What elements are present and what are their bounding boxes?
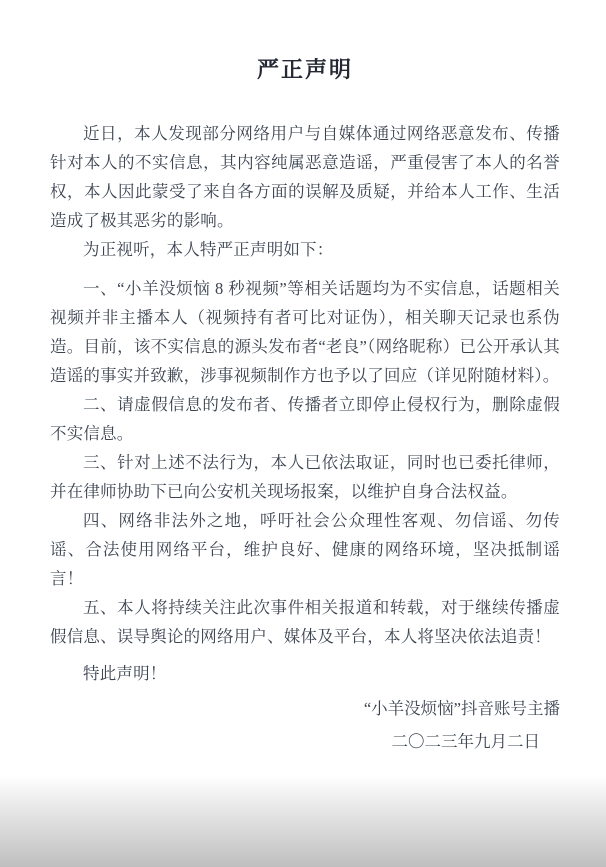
signature-block: “小羊没烦恼”抖音账号主播 二〇二三年九月二日 [50, 694, 560, 756]
statement-paragraph-item-5: 五、本人将持续关注此次事件相关报道和转载，对于继续传播虚假信息、误导舆论的网络用… [50, 593, 560, 651]
page-title: 严正声明 [50, 58, 560, 84]
signature-line: “小羊没烦恼”抖音账号主播 [50, 694, 560, 723]
statement-paragraph-item-3: 三、针对上述不法行为，本人已依法取证，同时也已委托律师，并在律师协助下已向公安机… [50, 448, 560, 506]
bottom-fade-gradient [0, 775, 606, 867]
statement-paragraph-item-4: 四、网络非法外之地，呼吁社会公众理性客观、勿信谣、勿传谣、合法使用网络平台，维护… [50, 506, 560, 593]
statement-paragraph-intro: 近日，本人发现部分网络用户与自媒体通过网络恶意发布、传播针对本人的不实信息，其内… [50, 119, 560, 235]
statement-paragraph-item-1: 一、“小羊没烦恼 8 秒视频”等相关话题均为不实信息，话题相关视频并非主播本人（… [50, 274, 560, 390]
document-page: 严正声明 近日，本人发现部分网络用户与自媒体通过网络恶意发布、传播针对本人的不实… [0, 0, 606, 756]
statement-paragraph-lead-in: 为正视听，本人特严正声明如下： [50, 235, 560, 264]
statement-closing-line: 特此声明！ [50, 659, 560, 688]
statement-paragraph-item-2: 二、请虚假信息的发布者、传播者立即停止侵权行为，删除虚假不实信息。 [50, 390, 560, 448]
document-screenshot: { "page": { "title": "严正声明", "paragraphs… [0, 0, 606, 867]
statement-body: 近日，本人发现部分网络用户与自媒体通过网络恶意发布、传播针对本人的不实信息，其内… [50, 119, 560, 688]
date-line: 二〇二三年九月二日 [50, 727, 540, 756]
